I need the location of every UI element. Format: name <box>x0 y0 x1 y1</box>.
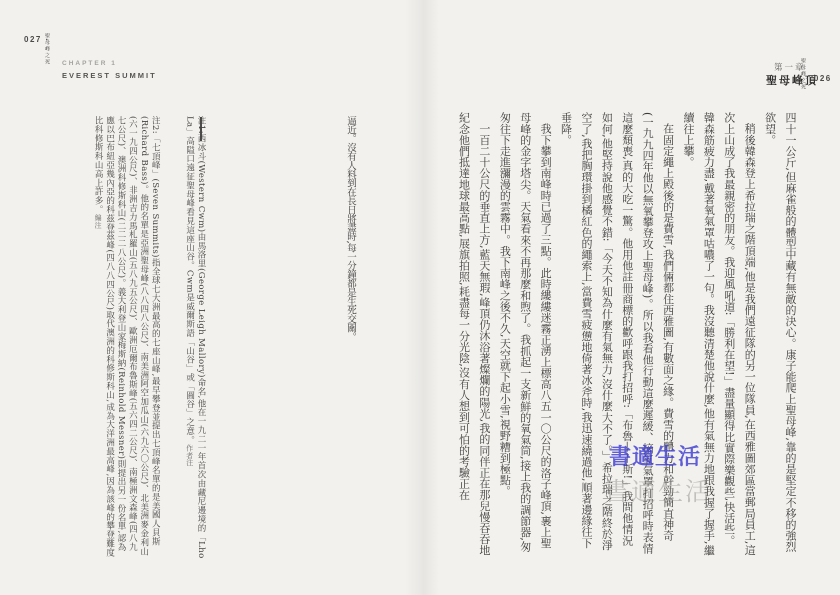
footnotes-block: 注1:西冰斗(Western Cwm)由馬洛里(George Leigh Mal… <box>70 116 206 560</box>
footnote-2-marker: 編注 <box>94 214 102 229</box>
chapter-title-en: EVEREST SUMMIT <box>62 71 157 80</box>
chapter-label-en: CHAPTER 1 <box>62 60 117 67</box>
footnote-1: 注1:西冰斗(Western Cwm)由馬洛里(George Leigh Mal… <box>183 116 206 560</box>
body-paragraph-continuation: 逼近。沒有人料到在長日將盡時,每一分鐘都是生死交關。 <box>342 116 358 560</box>
footnote-1-marker: 作者注 <box>186 444 194 466</box>
left-body-text: 逼近。沒有人料到在長日將盡時,每一分鐘都是生死交關。 <box>336 116 358 560</box>
body-paragraph-1: 四十一公斤,但麻雀般的體型中藏有無敵的決心。康子能爬上聖母峰,靠的是堅定不移的強… <box>759 112 800 556</box>
right-page-number: · 026 <box>806 74 832 83</box>
body-paragraph-5: 一百二十公尺的垂直上方,藍天無瑕,峰頂仍沐浴著燦爛的陽光,我的同伴正在那兒慢吞吞… <box>453 112 494 556</box>
footnote-2-text: 注2:「七頂峰」(Seven Summits)指全球七大洲最高的七座山峰,最早攀… <box>93 116 160 557</box>
body-paragraph-4: 我下攀到南峰時已過了三點。此時縷縷迷霧正湧上標高八五一〇公尺的洛子峰頂,裹上聖母… <box>494 112 555 556</box>
watermark-gray: 書適生活 <box>604 472 712 508</box>
footnote-1-text: 注1:西冰斗(Western Cwm)由馬洛里(George Leigh Mal… <box>185 116 206 559</box>
book-spread-scan: 027 · 聖母峰之死 CHAPTER 1 EVEREST SUMMIT 逼近。… <box>0 0 840 595</box>
page-gutter <box>405 0 439 595</box>
left-book-title-vertical: 聖母峰之死 <box>44 33 50 105</box>
watermark-blue: 書適生活 <box>609 440 701 471</box>
footnote-2: 注2:「七頂峰」(Seven Summits)指全球七大洲最高的七座山峰,最早攀… <box>92 116 160 560</box>
